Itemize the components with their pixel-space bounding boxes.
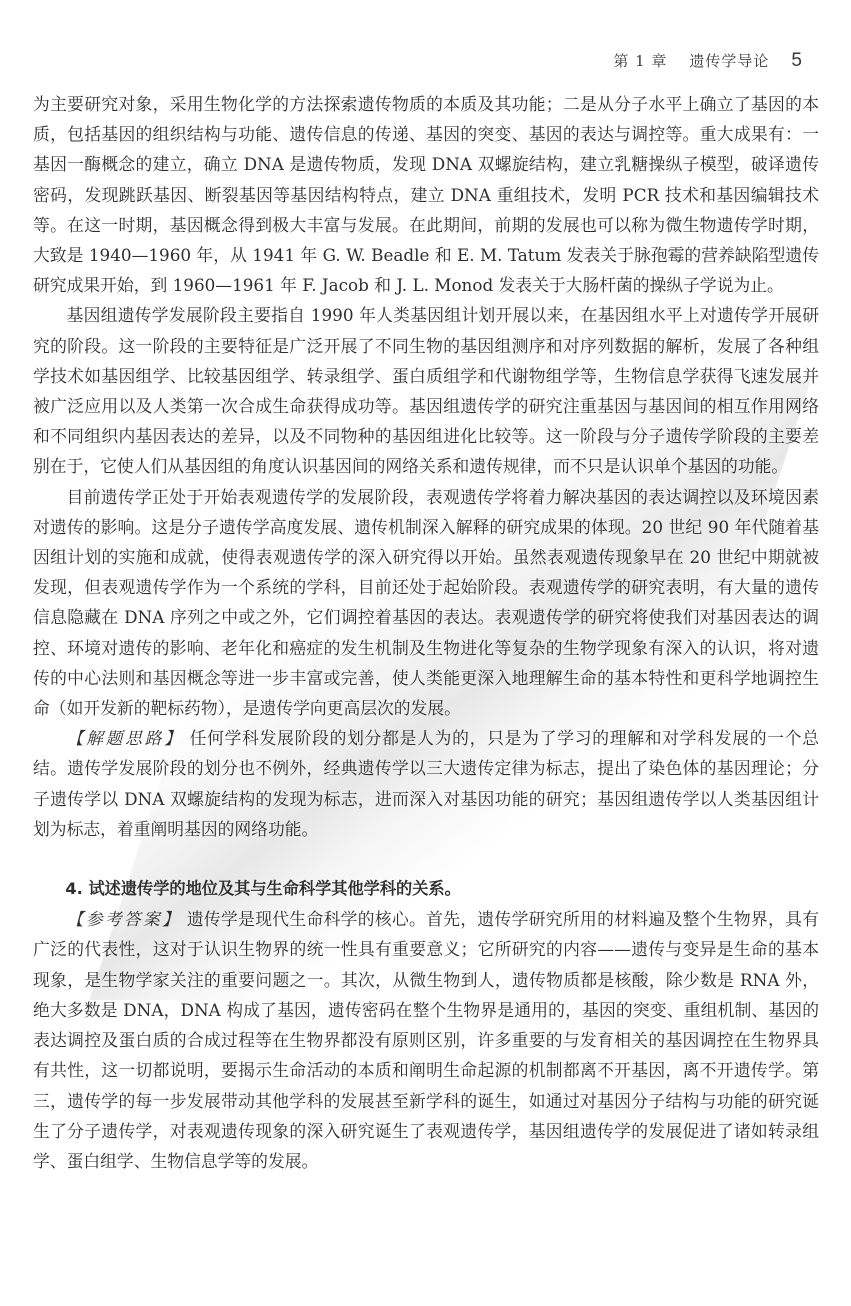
paragraph-epigenetics: 目前遗传学正处于开始表观遗传学的发展阶段，表观遗传学将着力解决基因的表达调控以及… (33, 482, 819, 724)
page-number: 5 (791, 50, 803, 72)
answer-label: 【参考答案】 (67, 909, 182, 929)
paragraph-genomic-genetics: 基因组遗传学发展阶段主要指自 1990 年人类基因组计划开展以来，在基因组水平上… (33, 300, 819, 481)
hint-paragraph: 【解题思路】 任何学科发展阶段的划分都是人为的，只是为了学习的理解和对学科发展的… (33, 723, 819, 844)
chapter-title: 遗传学导论 (689, 50, 769, 71)
hint-label: 【解题思路】 (67, 728, 184, 748)
answer-paragraph: 【参考答案】 遗传学是现代生命科学的核心。首先，遗传学研究所用的材料遍及整个生物… (33, 904, 819, 1176)
paragraph-continued: 为主要研究对象，采用生物化学的方法探索遗传物质的本质及其功能；二是从分子水平上确… (33, 89, 819, 300)
chapter-label: 第 1 章 (613, 50, 667, 71)
answer-text: 遗传学是现代生命科学的核心。首先，遗传学研究所用的材料遍及整个生物界，具有广泛的… (33, 909, 819, 1171)
question-heading: 4. 试述遗传学的地位及其与生命科学其他学科的关系。 (33, 874, 819, 904)
question-number: 4. (65, 879, 82, 898)
page-body: 为主要研究对象，采用生物化学的方法探索遗传物质的本质及其功能；二是从分子水平上确… (33, 89, 819, 1176)
running-head: 第 1 章 遗传学导论 5 (613, 50, 803, 72)
question-text: 试述遗传学的地位及其与生命科学其他学科的关系。 (88, 879, 460, 898)
